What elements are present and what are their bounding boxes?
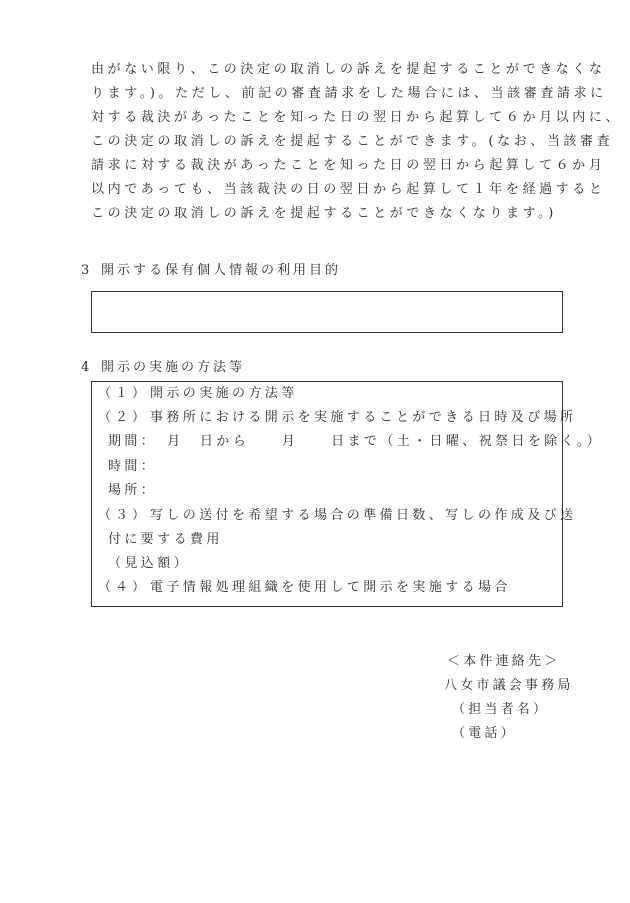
paragraph-line: この決定の取消しの訴えを提起することができなくなります。) — [91, 206, 557, 222]
contact-heading: ＜本件連絡先＞ — [447, 654, 560, 670]
item-4: （４）電子情報処理組織を使用して開示を実施する場合 — [98, 580, 511, 596]
item-3-continuation: 付に要する費用 — [108, 532, 223, 548]
item-1-text: 開示の実施の方法等 — [150, 386, 298, 401]
item-3-index: （３） — [98, 508, 150, 524]
item-3: （３）写しの送付を希望する場合の準備日数、写しの作成及び送 — [98, 508, 576, 524]
disclosure-method-box: （１）開示の実施の方法等 （２）事務所における開示を実施することができる日時及び… — [91, 381, 563, 607]
contact-office: 八女市議会事務局 — [444, 678, 574, 694]
item-2: （２）事務所における開示を実施することができる日時及び場所 — [98, 410, 576, 426]
purpose-of-use-box[interactable] — [91, 291, 563, 333]
item-1: （１）開示の実施の方法等 — [98, 386, 298, 402]
item-2-text: 事務所における開示を実施することができる日時及び場所 — [150, 410, 576, 425]
paragraph-line: この決定の取消しの訴えを提起することができます。(なお、当該審査 — [91, 134, 613, 150]
paragraph-line: 以内であっても、当該裁決の日の翌日から起算して１年を経過すると — [91, 182, 605, 198]
section-3-heading: 3開示する保有個人情報の利用目的 — [81, 263, 341, 279]
section-3-title: 開示する保有個人情報の利用目的 — [101, 263, 341, 278]
item-4-text: 電子情報処理組織を使用して開示を実施する場合 — [150, 580, 511, 595]
section-4-number: 4 — [81, 360, 101, 376]
section-4-title: 開示の実施の方法等 — [101, 360, 245, 375]
estimate-label: （見込額） — [108, 556, 190, 572]
item-1-index: （１） — [98, 386, 150, 402]
contact-phone: （電話） — [452, 726, 517, 742]
section-3-number: 3 — [81, 263, 101, 279]
paragraph-line: 由がない限り、この決定の取消しの訴えを提起することができなくな — [91, 62, 606, 78]
section-4-heading: 4開示の実施の方法等 — [81, 360, 245, 376]
place-row: 場所： — [108, 483, 157, 499]
paragraph-line: ります。)。ただし、前記の審査請求をした場合には、当該審査請求に — [91, 86, 607, 102]
paragraph-line: 請求に対する裁決があったことを知った日の翌日から起算して６か月 — [91, 158, 605, 174]
period-row: 期間： 月 日から 月 日まで（土・日曜、祝祭日を除く。） — [108, 434, 603, 450]
item-4-index: （４） — [98, 580, 150, 596]
item-2-index: （２） — [98, 410, 150, 426]
paragraph-line: 対する裁決があったことを知った日の翌日から起算して６か月以内に、 — [91, 110, 622, 126]
time-row: 時間： — [108, 459, 157, 475]
contact-person: （担当者名） — [452, 702, 549, 718]
item-3-text: 写しの送付を希望する場合の準備日数、写しの作成及び送 — [150, 508, 576, 523]
